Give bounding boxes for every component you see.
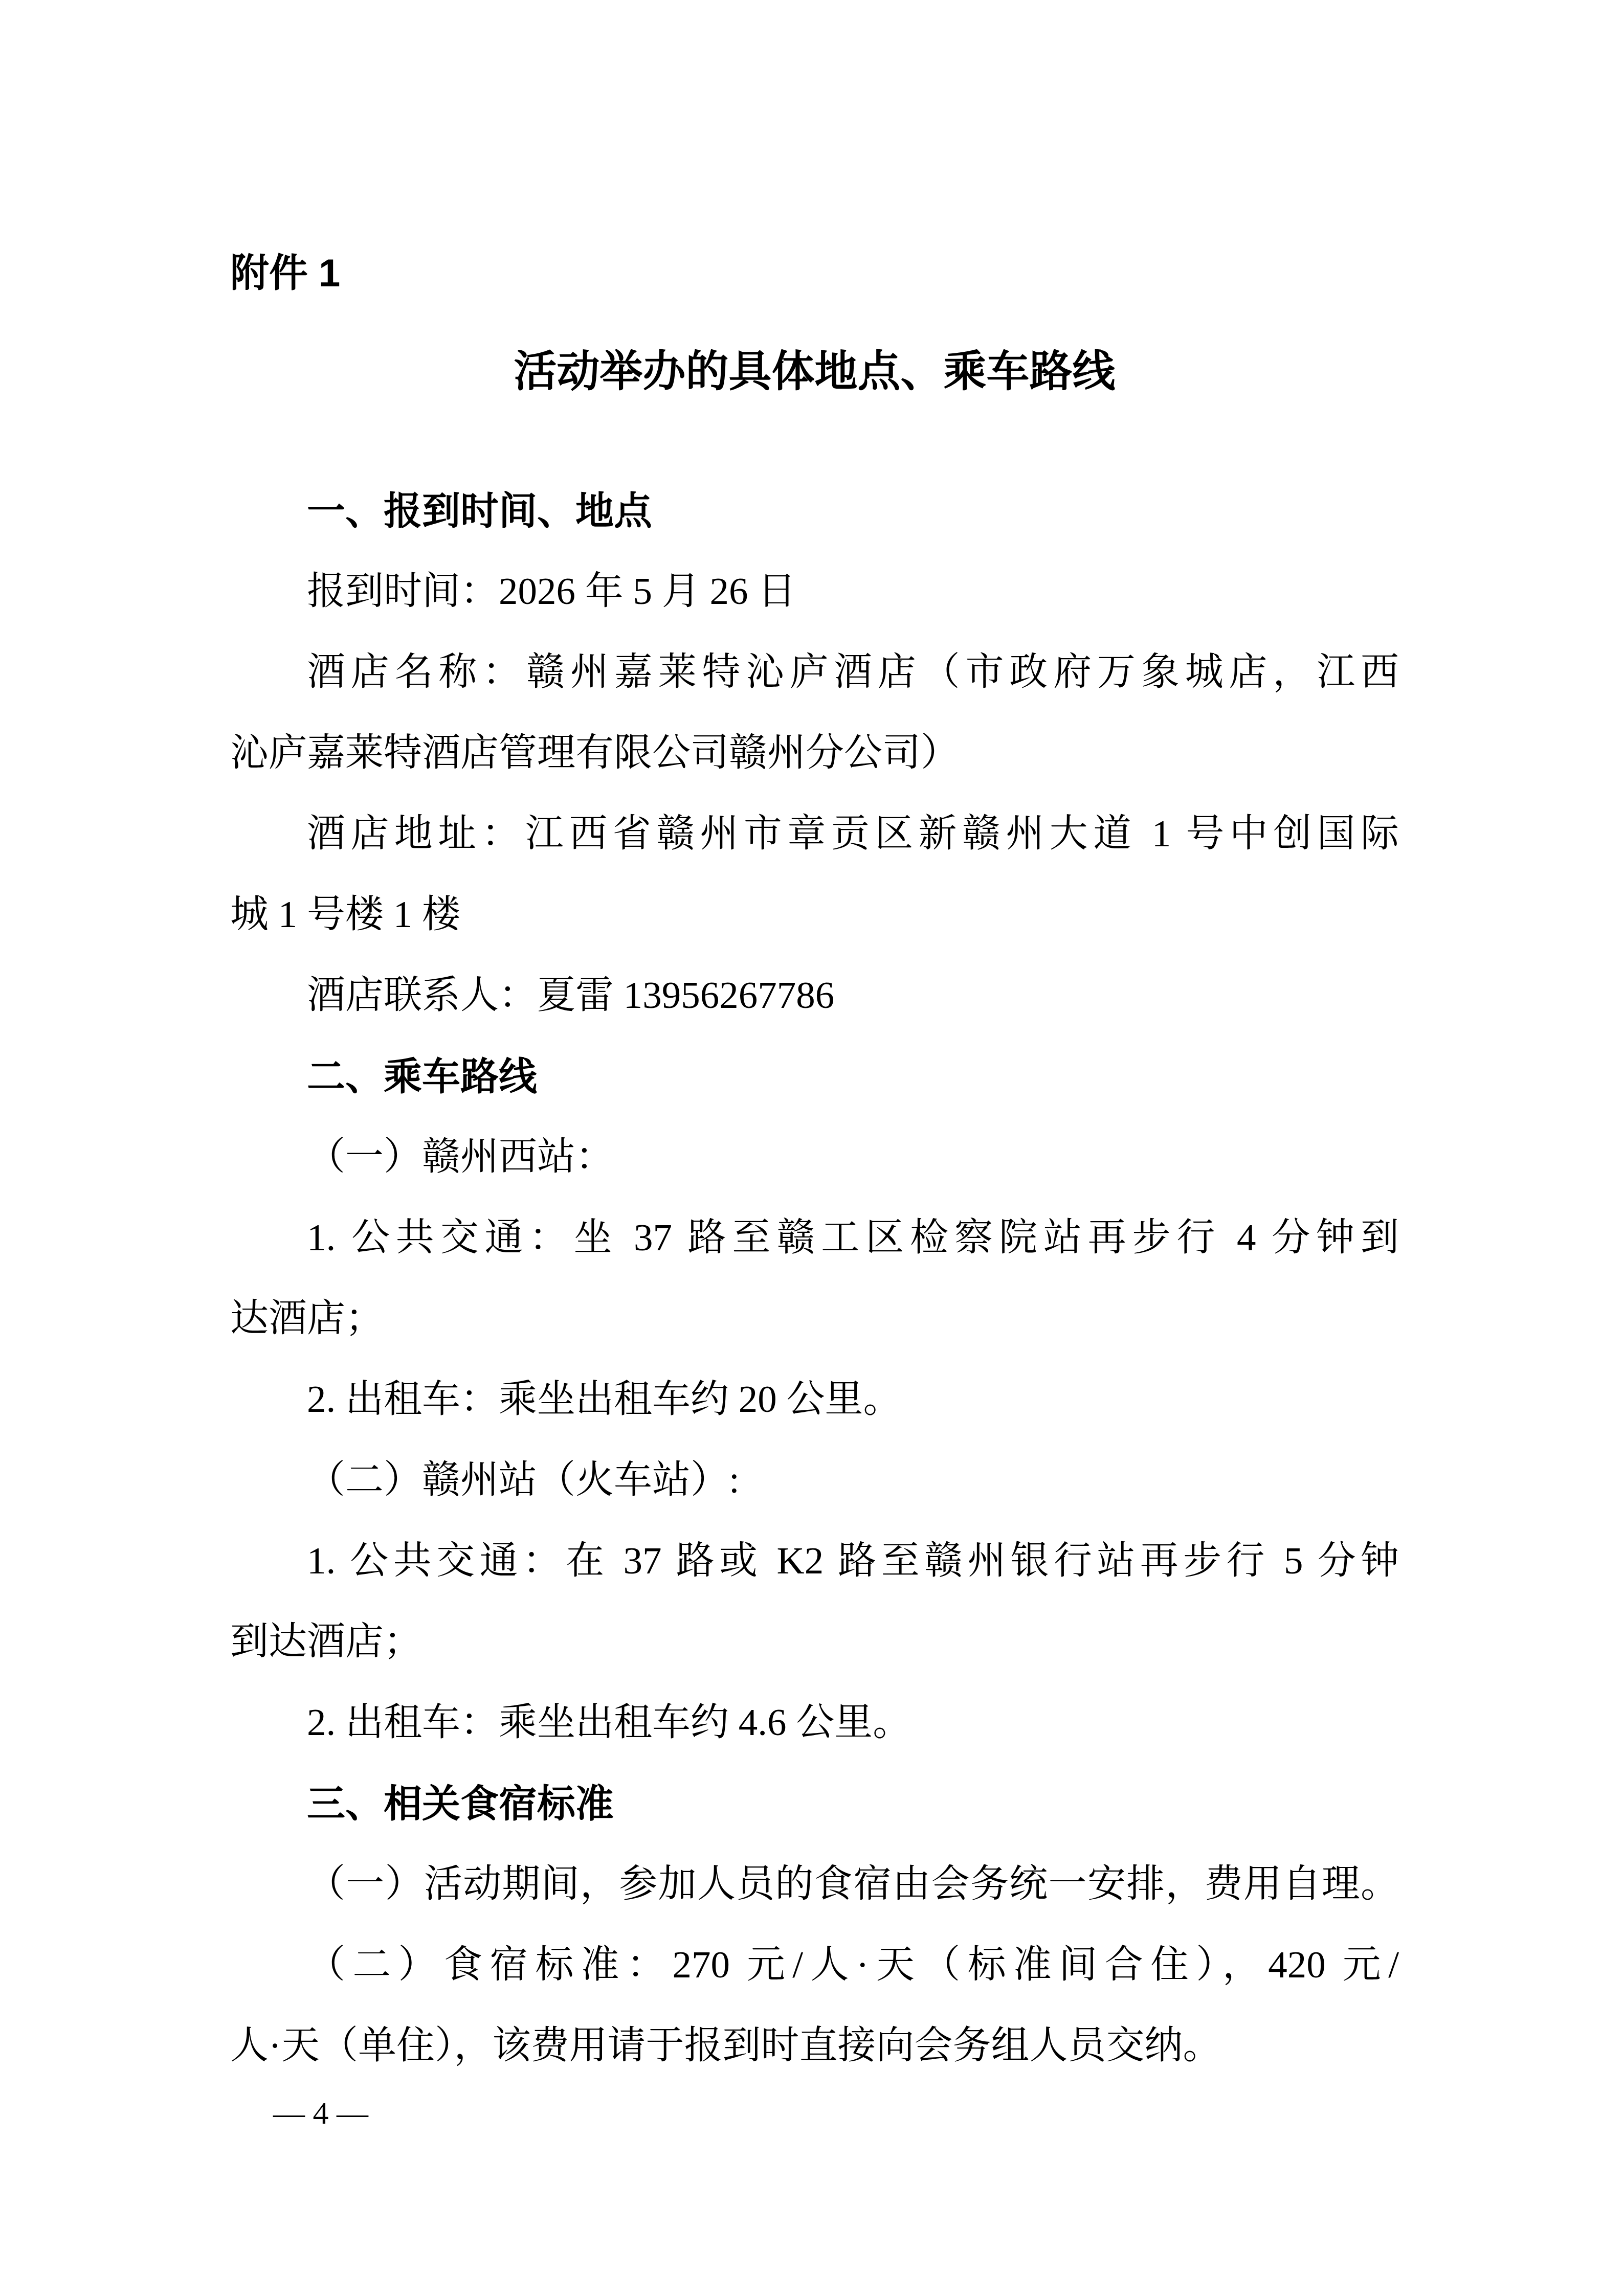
line-standard-arrangement: （一）活动期间，参加人员的食宿由会务统一安排，费用自理。 [230, 1844, 1399, 1925]
line-hotel-contact: 酒店联系人：夏雷 13956267786 [230, 955, 1399, 1036]
document-body: 一、报到时间、地点 报到时间：2026 年 5 月 26 日 酒店名称：赣州嘉莱… [230, 470, 1399, 2086]
attachment-label: 附件 1 [230, 251, 1399, 297]
document-page: 附件 1 活动举办的具体地点、乘车路线 一、报到时间、地点 报到时间：2026 … [0, 0, 1624, 2296]
line-railway-station-heading: （二）赣州站（火车站）: [230, 1440, 1399, 1521]
section-heading-routes: 二、乘车路线 [230, 1036, 1399, 1117]
line-west-station-heading: （一）赣州西站： [230, 1117, 1399, 1198]
line-west-public-transit-1: 1. 公共交通：坐 37 路至赣工区检察院站再步行 4 分钟到 [230, 1198, 1399, 1278]
section-heading-checkin: 一、报到时间、地点 [230, 470, 1399, 551]
line-west-taxi: 2. 出租车：乘坐出租车约 20 公里。 [230, 1359, 1399, 1440]
line-hotel-name-1: 酒店名称：赣州嘉莱特沁庐酒店（市政府万象城店，江西 [230, 632, 1399, 713]
line-station-taxi: 2. 出租车：乘坐出租车约 4.6 公里。 [230, 1682, 1399, 1763]
line-hotel-address-2: 城 1 号楼 1 楼 [230, 874, 1399, 955]
line-hotel-address-1: 酒店地址：江西省赣州市章贡区新赣州大道 1 号中创国际 [230, 794, 1399, 874]
line-hotel-name-2: 沁庐嘉莱特酒店管理有限公司赣州分公司） [230, 713, 1399, 794]
line-checkin-time: 报到时间：2026 年 5 月 26 日 [230, 551, 1399, 632]
line-station-public-transit-2: 到达酒店； [230, 1602, 1399, 1682]
line-standard-price-2: 人·天（单住），该费用请于报到时直接向会务组人员交纳。 [230, 2006, 1399, 2086]
line-station-public-transit-1: 1. 公共交通：在 37 路或 K2 路至赣州银行站再步行 5 分钟 [230, 1521, 1399, 1602]
line-standard-price-1: （二）食宿标准：270 元/人·天（标准间合住），420 元/ [230, 1925, 1399, 2006]
section-heading-standards: 三、相关食宿标准 [230, 1763, 1399, 1844]
page-number: — 4 — [230, 2096, 1399, 2131]
line-west-public-transit-2: 达酒店； [230, 1278, 1399, 1359]
page-title: 活动举办的具体地点、乘车路线 [230, 345, 1399, 399]
